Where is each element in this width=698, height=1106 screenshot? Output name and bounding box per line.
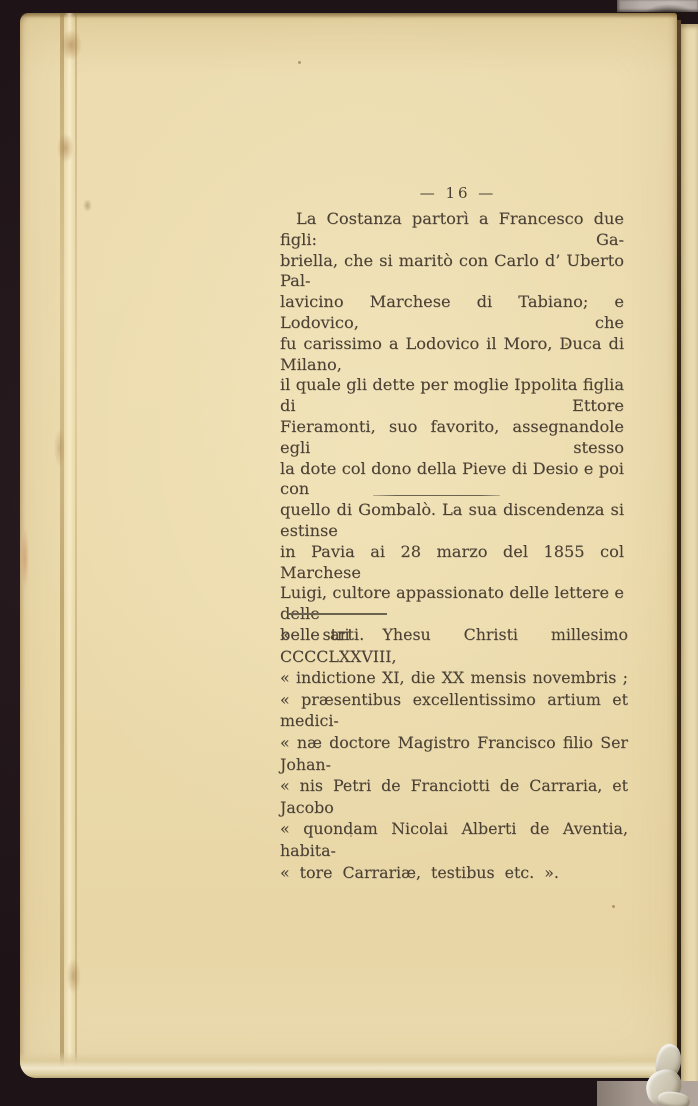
footnote-line: « quondam Nicolai Alberti de Aventia, ha… xyxy=(280,818,628,861)
paragraph-line: Fieramonti, suo favorito, assegnandole e… xyxy=(280,417,624,459)
paper-speck xyxy=(612,905,615,908)
footnote-quotation: « stri Yhesu Christi millesimo CCCCLXXVI… xyxy=(280,624,628,883)
page-number: — 16 — xyxy=(375,183,541,203)
paragraph-line: la dote col dono della Pieve di Desio e … xyxy=(280,459,624,501)
footnote-separator-rule xyxy=(288,613,387,615)
page-stack-bottom-edge xyxy=(20,1052,677,1078)
binding-crease-secondary xyxy=(75,13,77,1078)
foxing-stain xyxy=(83,199,92,212)
foxing-stain xyxy=(57,133,74,163)
footnote-line: « nis Petri de Franciotti de Carraria, e… xyxy=(280,775,628,818)
foxing-stain xyxy=(60,29,82,61)
adjacent-page-fore-edge xyxy=(681,24,698,1106)
foxing-stain xyxy=(54,428,65,468)
footnote-line: « stri Yhesu Christi millesimo CCCCLXXVI… xyxy=(280,624,628,667)
footnote-line: « præsentibus excellentissimo artium et … xyxy=(280,689,628,732)
foxing-stain xyxy=(66,958,81,994)
section-divider-rule xyxy=(373,495,500,496)
paragraph-line: fu carissimo a Lodovico il Moro, Duca di… xyxy=(280,334,624,376)
paragraph-line: Luigi, cultore appassionato delle letter… xyxy=(280,583,624,625)
footnote-line: « tore Carrariæ, testibus etc. ». xyxy=(280,862,628,884)
binding-crease xyxy=(60,13,64,1078)
paper-speck xyxy=(298,61,301,64)
paragraph-line: La Costanza partorì a Francesco due figl… xyxy=(280,209,624,251)
paragraph-line: quello di Gombalò. La sua discendenza si… xyxy=(280,500,624,542)
photo-backdrop: { "document": { "page_number_display": "… xyxy=(0,0,698,1106)
paragraph-line: lavicino Marchese di Tabiano; e Lodovico… xyxy=(280,292,624,334)
page-top-edge-shade xyxy=(20,13,677,18)
footnote-line: « indictione XI, die XX mensis novembris… xyxy=(280,667,628,689)
paragraph-line: il quale gli dette per moglie Ippolita f… xyxy=(280,375,624,417)
paragraph-line: briella, che si maritò con Carlo d’ Uber… xyxy=(280,251,624,293)
binding-crease-highlight xyxy=(65,13,74,1078)
main-paragraph: La Costanza partorì a Francesco due figl… xyxy=(280,209,624,646)
book-page: — 16 — La Costanza partorì a Francesco d… xyxy=(20,13,677,1078)
footnote-line: « næ doctore Magistro Francisco filio Se… xyxy=(280,732,628,775)
paragraph-line: in Pavia ai 28 marzo del 1855 col Marche… xyxy=(280,542,624,584)
red-edge-mark xyxy=(21,528,29,588)
